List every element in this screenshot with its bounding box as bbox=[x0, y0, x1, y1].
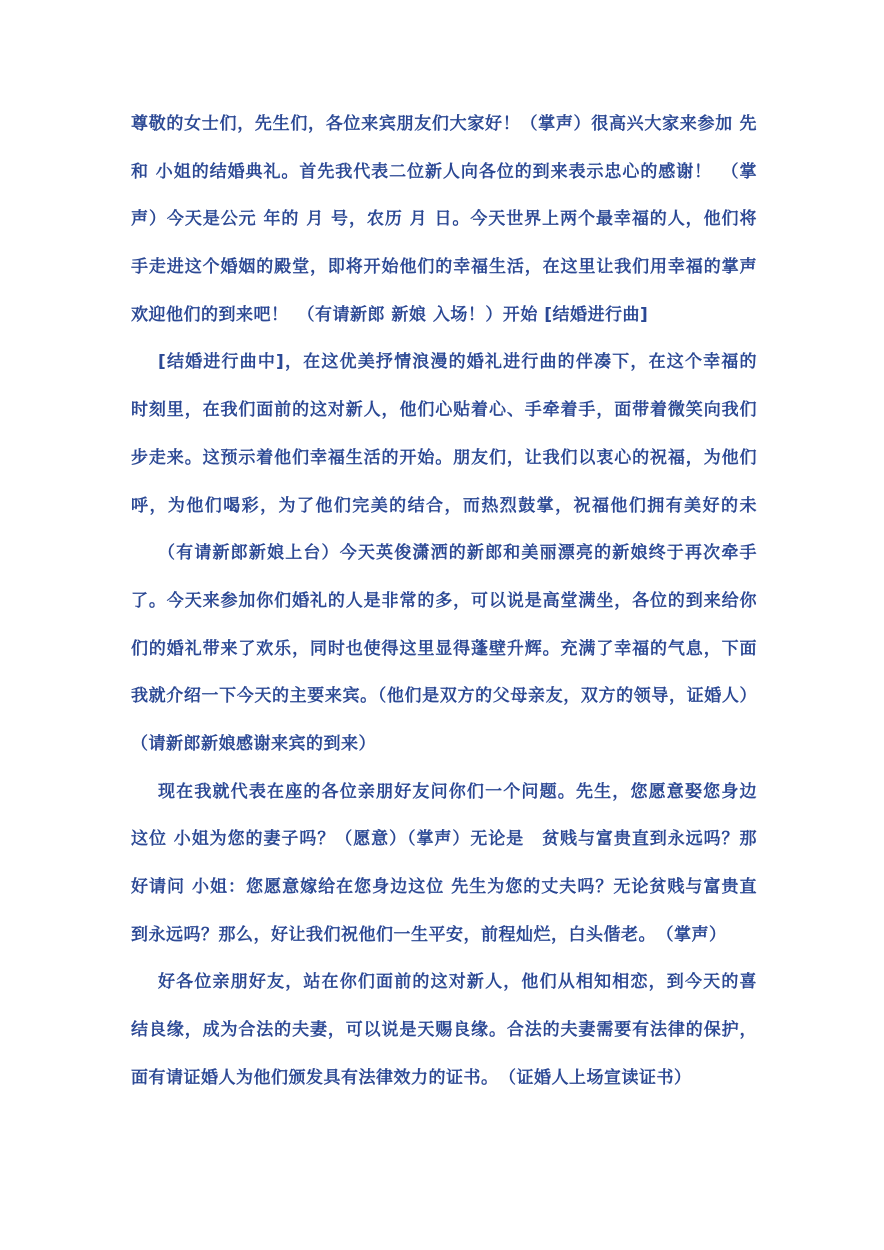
text-line: 现在我就代表在座的各位亲朋好友问你们一个问题。先生，您愿意娶您身边 bbox=[131, 769, 757, 817]
text-line: 步走来。这预示着他们幸福生活的开始。朋友们，让我们以衷心的祝福，为他们欢 bbox=[131, 435, 757, 483]
paragraph: [结婚进行曲中]，在这优美抒情浪漫的婚礼进行曲的伴凑下，在这个幸福的 时刻里，在… bbox=[131, 339, 757, 530]
text-line: 我就介绍一下今天的主要来宾。（他们是双方的父母亲友，双方的领导，证婚人） bbox=[131, 673, 757, 721]
text-line: 尊敬的女士们，先生们，各位来宾朋友们大家好！（掌声）很高兴大家来参加 先生 bbox=[131, 101, 757, 149]
text-line: 声）今天是公元 年的 月 号，农历 月 日。今天世界上两个最幸福的人，他们将携 bbox=[131, 196, 757, 244]
text-line: 时刻里，在我们面前的这对新人，他们心贴着心、手牵着手，面带着微笑向我们款 bbox=[131, 387, 757, 435]
text-line: 了。今天来参加你们婚礼的人是非常的多，可以说是高堂满坐，各位的到来给你 bbox=[131, 578, 757, 626]
text-line: 欢迎他们的到来吧！ （有请新郎 新娘 入场！）开始 [结婚进行曲] bbox=[131, 292, 757, 340]
text-line: [结婚进行曲中]，在这优美抒情浪漫的婚礼进行曲的伴凑下，在这个幸福的 bbox=[131, 339, 757, 387]
document-page: 尊敬的女士们，先生们，各位来宾朋友们大家好！（掌声）很高兴大家来参加 先生 和 … bbox=[131, 101, 757, 1102]
text-line: 们的婚礼带来了欢乐，同时也使得这里显得蓬壁升辉。充满了幸福的气息，下面 bbox=[131, 626, 757, 674]
text-line: 好请问 小姐：您愿意嫁给在您身边这位 先生为您的丈夫吗？无论贫贱与富贵直 bbox=[131, 864, 757, 912]
text-line: （有请新郎新娘上台）今天英俊潇洒的新郎和美丽漂亮的新娘终于再次牵手 bbox=[131, 530, 757, 578]
paragraph: 尊敬的女士们，先生们，各位来宾朋友们大家好！（掌声）很高兴大家来参加 先生 和 … bbox=[131, 101, 757, 339]
text-line: 结良缘，成为合法的夫妻，可以说是天赐良缘。合法的夫妻需要有法律的保护，下 bbox=[131, 1007, 757, 1055]
text-line: 这位 小姐为您的妻子吗？（愿意）（掌声）无论是 贫贱与富贵直到永远吗？那么 bbox=[131, 816, 757, 864]
text-line: （请新郎新娘感谢来宾的到来） bbox=[131, 721, 757, 769]
text-line: 手走进这个婚姻的殿堂，即将开始他们的幸福生活，在这里让我们用幸福的掌声 bbox=[131, 244, 757, 292]
text-line: 到永远吗？那么，好让我们祝他们一生平安，前程灿烂，白头偕老。 （掌声） bbox=[131, 912, 757, 960]
text-line: 呼，为他们喝彩，为了他们完美的结合，而热烈鼓掌，祝福他们拥有美好的未来！ bbox=[131, 483, 757, 531]
paragraph: （有请新郎新娘上台）今天英俊潇洒的新郎和美丽漂亮的新娘终于再次牵手 了。今天来参… bbox=[131, 530, 757, 768]
text-line: 好各位亲朋好友，站在你们面前的这对新人，他们从相知相恋，到今天的喜 bbox=[131, 959, 757, 1007]
paragraph: 好各位亲朋好友，站在你们面前的这对新人，他们从相知相恋，到今天的喜 结良缘，成为… bbox=[131, 959, 757, 1102]
paragraph: 现在我就代表在座的各位亲朋好友问你们一个问题。先生，您愿意娶您身边 这位 小姐为… bbox=[131, 769, 757, 960]
text-line: 面有请证婚人为他们颁发具有法律效力的证书。 （证婚人上场宣读证书） bbox=[131, 1055, 757, 1103]
text-line: 和 小姐的结婚典礼。首先我代表二位新人向各位的到来表示忠心的感谢！ （掌 bbox=[131, 149, 757, 197]
